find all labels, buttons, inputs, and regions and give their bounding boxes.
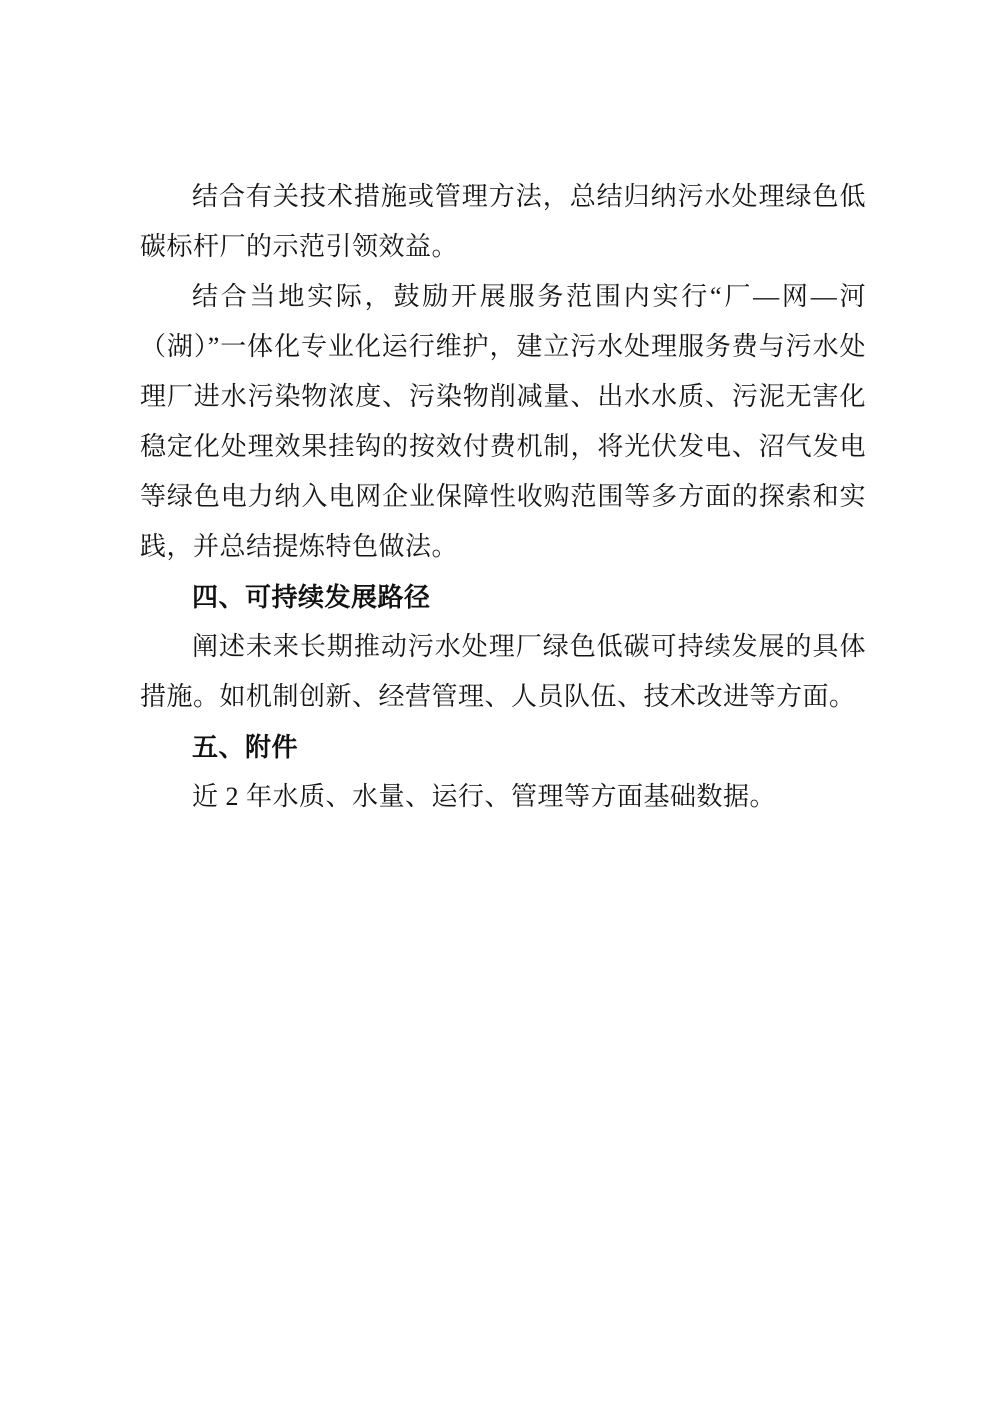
document-body: 结合有关技术措施或管理方法，总结归纳污水处理绿色低碳标杆厂的示范引领效益。 结合… xyxy=(140,172,866,822)
section-heading-attachments: 五、附件 xyxy=(140,722,866,772)
section-heading-sustainable-development-path: 四、可持续发展路径 xyxy=(140,572,866,622)
paragraph-sustainable-measures: 阐述未来长期推动污水处理厂绿色低碳可持续发展的具体措施。如机制创新、经营管理、人… xyxy=(140,622,866,722)
paragraph-demonstration-benefits: 结合有关技术措施或管理方法，总结归纳污水处理绿色低碳标杆厂的示范引领效益。 xyxy=(140,172,866,272)
paragraph-attachment-data: 近 2 年水质、水量、运行、管理等方面基础数据。 xyxy=(140,772,866,822)
document-page: 结合有关技术措施或管理方法，总结归纳污水处理绿色低碳标杆厂的示范引领效益。 结合… xyxy=(0,0,1000,1416)
paragraph-local-practice: 结合当地实际，鼓励开展服务范围内实行“厂—网—河（湖）”一体化专业化运行维护，建… xyxy=(140,272,866,572)
